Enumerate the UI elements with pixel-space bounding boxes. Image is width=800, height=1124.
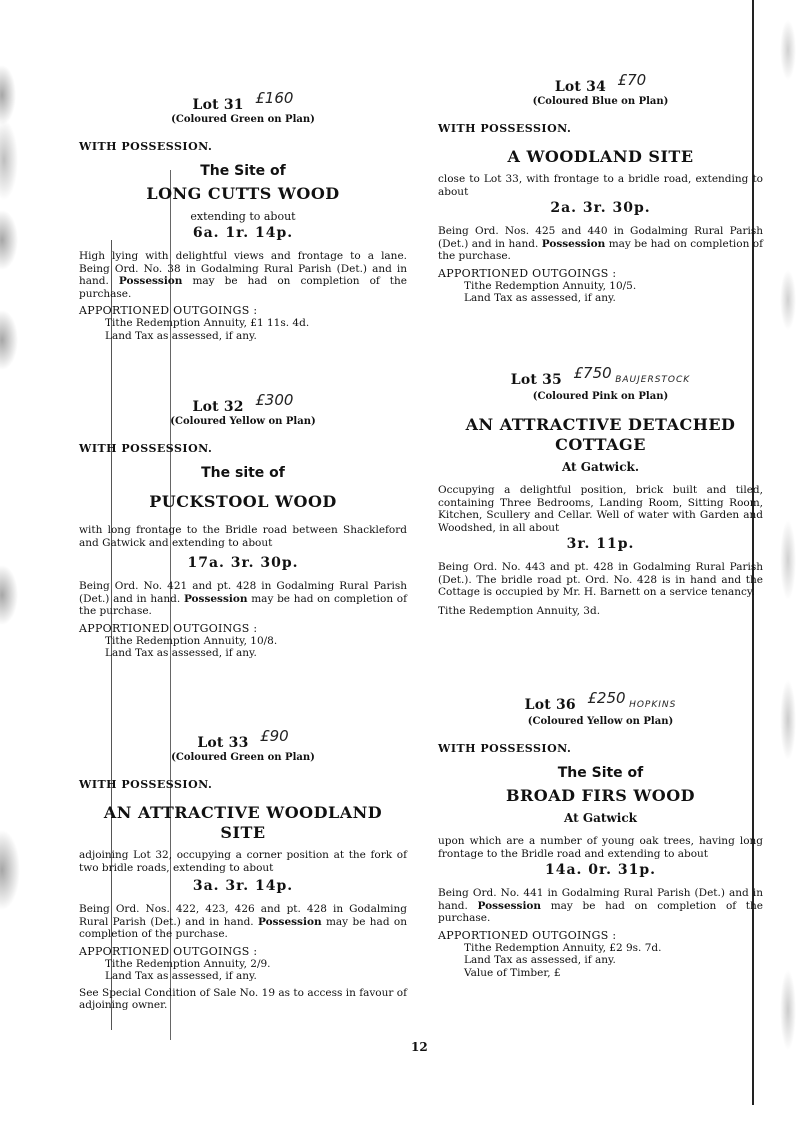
outgoing-item: Tithe Redemption Annuity, 2/9. — [79, 958, 407, 971]
lot-header: Lot 31 £160 — [79, 98, 407, 112]
lot-name: LONG CUTTS WOOD — [79, 184, 407, 204]
outgoing-item: Tithe Redemption Annuity, £2 9s. 7d. — [438, 942, 763, 955]
lot-33: Lot 33 £90 (Coloured Green on Plan) WITH… — [79, 736, 407, 1016]
handwritten-price: £70 — [618, 71, 647, 89]
lot-34: Lot 34 £70 (Coloured Blue on Plan) WITH … — [438, 80, 763, 305]
plan-colour: (Coloured Yellow on Plan) — [79, 415, 407, 428]
possession-label: WITH POSSESSION. — [79, 778, 407, 791]
lot-intro: The Site of — [79, 165, 407, 178]
lot-number: Lot 32 — [193, 399, 244, 415]
plan-colour: (Coloured Green on Plan) — [79, 113, 407, 126]
lot-name-line2: COTTAGE — [438, 435, 763, 455]
lot-36: Lot 36 £250 HOPKINS (Coloured Yellow on … — [438, 698, 763, 979]
tithe-line: Tithe Redemption Annuity, 3d. — [438, 605, 763, 618]
lot-31: Lot 31 £160 (Coloured Green on Plan) WIT… — [79, 98, 407, 342]
lot-name: AN ATTRACTIVE WOODLAND SITE — [79, 803, 407, 843]
outgoing-item: Tithe Redemption Annuity, £1 11s. 4d. — [79, 317, 407, 330]
lot-header: Lot 33 £90 — [79, 736, 407, 750]
lot-description: Being Ord. No. 441 in Godalming Rural Pa… — [438, 887, 763, 925]
lot-name-line1: AN ATTRACTIVE DETACHED — [438, 415, 763, 435]
lot-header: Lot 35 £750 BAUJERSTOCK — [438, 373, 763, 389]
possession-label: WITH POSSESSION. — [79, 442, 407, 455]
lot-name: BROAD FIRS WOOD — [438, 786, 763, 806]
lead-text: close to Lot 33, with frontage to a brid… — [438, 173, 763, 198]
outgoing-item: Tithe Redemption Annuity, 10/8. — [79, 635, 407, 648]
lot-header: Lot 32 £300 — [79, 400, 407, 414]
plan-colour: (Coloured Pink on Plan) — [438, 390, 763, 403]
scan-edge-shadow-left — [0, 0, 30, 1124]
handwritten-price: £300 — [255, 391, 293, 409]
lot-location: At Gatwick — [438, 812, 763, 825]
handwritten-price: £160 — [255, 89, 293, 107]
lot-description: Being Ord. No. 421 and pt. 428 in Godalm… — [79, 580, 407, 618]
lead-text: adjoining Lot 32, occupying a corner pos… — [79, 849, 407, 874]
scan-edge-shadow-right — [768, 0, 800, 1124]
outgoing-item: Land Tax as assessed, if any. — [79, 970, 407, 983]
outgoing-item: Land Tax as assessed, if any. — [79, 330, 407, 343]
plan-colour: (Coloured Green on Plan) — [79, 751, 407, 764]
outgoing-item: Land Tax as assessed, if any. — [79, 647, 407, 660]
lot-area: 6a. 1r. 14p. — [79, 227, 407, 240]
handwritten-buyer-note: BAUJERSTOCK — [615, 375, 690, 385]
lot-32: Lot 32 £300 (Coloured Yellow on Plan) WI… — [79, 400, 407, 660]
handwritten-price: £90 — [260, 727, 289, 745]
special-condition-note: See Special Condition of Sale No. 19 as … — [79, 987, 407, 1012]
outgoing-item: Tithe Redemption Annuity, 10/5. — [438, 280, 763, 293]
outgoing-item: Value of Timber, £ — [438, 967, 763, 980]
outgoings-title: APPORTIONED OUTGOINGS : — [79, 622, 407, 635]
lot-description: High lying with delightful views and fro… — [79, 250, 407, 300]
lot-number: Lot 36 — [525, 697, 576, 713]
lead-text: upon which are a number of young oak tre… — [438, 835, 763, 860]
extending-label: extending to about — [79, 210, 407, 223]
lot-number: Lot 33 — [197, 735, 248, 751]
lot-intro: The site of — [79, 467, 407, 480]
lot-name: A WOODLAND SITE — [438, 147, 763, 167]
lot-number: Lot 31 — [193, 97, 244, 113]
possession-label: WITH POSSESSION. — [438, 122, 763, 135]
lead-text: Occupying a delightful position, brick b… — [438, 484, 763, 534]
possession-label: WITH POSSESSION. — [438, 742, 763, 755]
lot-location: At Gatwick. — [438, 461, 763, 474]
outgoing-item: Land Tax as assessed, if any. — [438, 292, 763, 305]
lot-description: Being Ord. Nos. 425 and 440 in Godalming… — [438, 225, 763, 263]
handwritten-price: £250 — [587, 689, 625, 707]
outgoings-title: APPORTIONED OUTGOINGS : — [79, 945, 407, 958]
lot-description: Being Ord. Nos. 422, 423, 426 and pt. 42… — [79, 903, 407, 941]
lot-name: PUCKSTOOL WOOD — [79, 492, 407, 512]
lot-number: Lot 34 — [555, 79, 606, 95]
lot-area: 17a. 3r. 30p. — [79, 557, 407, 570]
outgoings-title: APPORTIONED OUTGOINGS : — [79, 304, 407, 317]
lot-description: Being Ord. No. 443 and pt. 428 in Godalm… — [438, 561, 763, 599]
outgoing-item: Land Tax as assessed, if any. — [438, 954, 763, 967]
possession-label: WITH POSSESSION. — [79, 140, 407, 153]
lot-header: Lot 36 £250 HOPKINS — [438, 698, 763, 714]
lead-text: with long frontage to the Bridle road be… — [79, 524, 407, 549]
handwritten-price: £750 — [574, 364, 612, 382]
plan-colour: (Coloured Blue on Plan) — [438, 95, 763, 108]
lot-area: 3r. 11p. — [438, 538, 763, 551]
lot-35: Lot 35 £750 BAUJERSTOCK (Coloured Pink o… — [438, 373, 763, 621]
plan-colour: (Coloured Yellow on Plan) — [438, 715, 763, 728]
lot-intro: The Site of — [438, 767, 763, 780]
page-number: 12 — [411, 1040, 428, 1054]
outgoings-title: APPORTIONED OUTGOINGS : — [438, 267, 763, 280]
lot-area: 14a. 0r. 31p. — [438, 864, 763, 877]
lot-header: Lot 34 £70 — [438, 80, 763, 94]
outgoings-title: APPORTIONED OUTGOINGS : — [438, 929, 763, 942]
handwritten-buyer-note: HOPKINS — [629, 700, 676, 710]
lot-area: 3a. 3r. 14p. — [79, 880, 407, 893]
lot-area: 2a. 3r. 30p. — [438, 202, 763, 215]
lot-number: Lot 35 — [511, 372, 562, 388]
